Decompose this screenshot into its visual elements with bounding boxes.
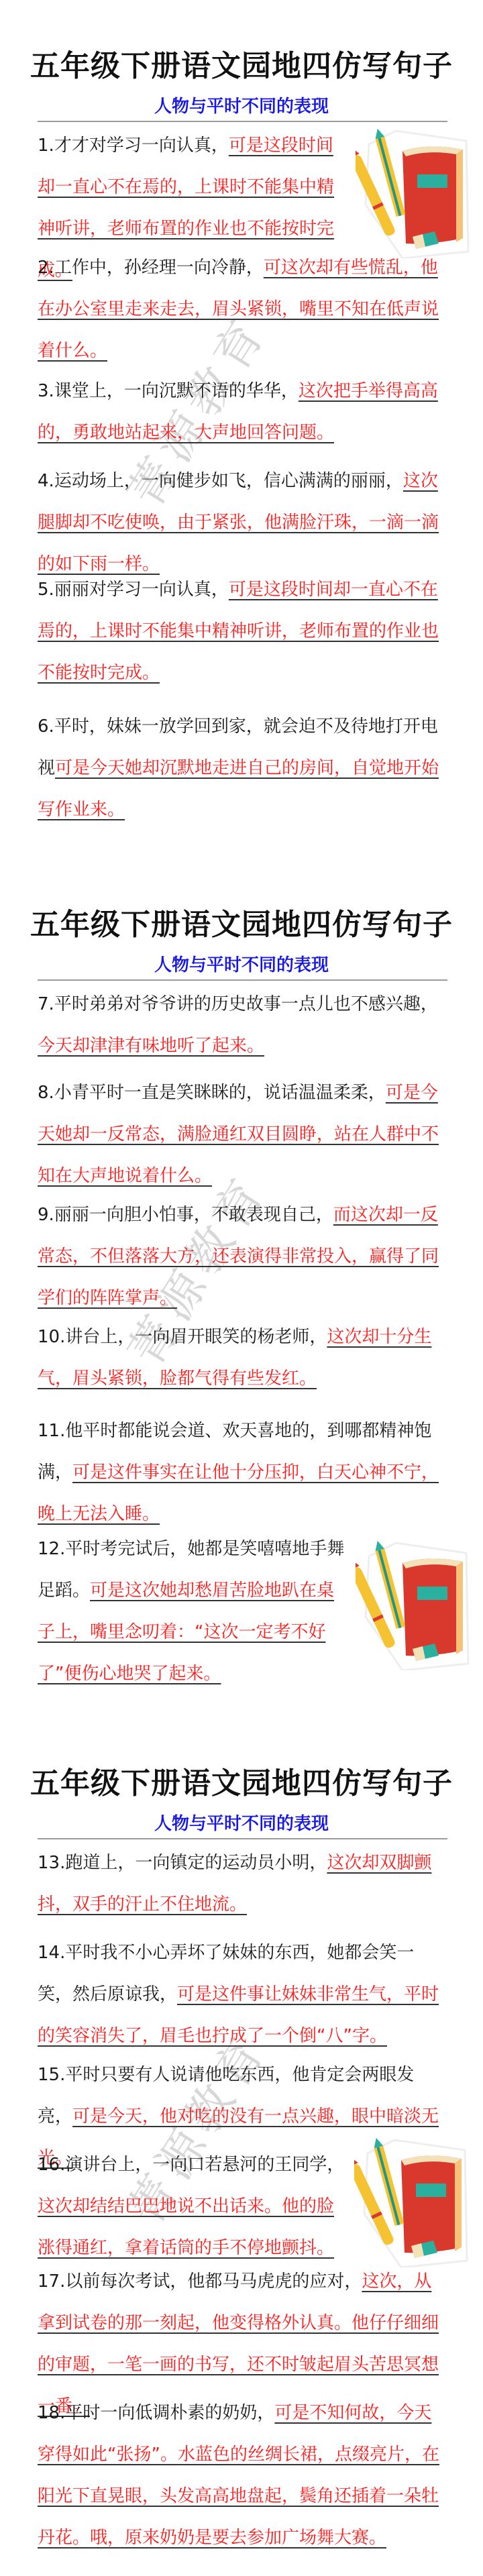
item-highlight-text: 今天却津津有味地听了起来。 [38, 1036, 264, 1056]
page-subtitle: 人物与平时不同的表现 [0, 1810, 483, 1835]
sentence-item: 5.丽丽对学习一向认真，可是这段时间却一直心不在焉的，上课时不能集中精神听讲，老… [38, 569, 447, 694]
item-plain-text: 讲台上，一向眉开眼笑的杨老师， [65, 1327, 327, 1347]
item-highlight-text: 可是今天她却沉默地走进自己的房间，自觉地开始写作业来。 [38, 758, 439, 820]
item-number: 10. [38, 1327, 65, 1347]
sentence-item: 9.丽丽一向胆小怕事，不敢表现自己，而这次却一反常态，不但落落大方，还表演得非常… [38, 1194, 447, 1319]
item-number: 15. [38, 2065, 65, 2085]
item-plain-text: 丽丽一向胆小怕事，不敢表现自己， [54, 1205, 333, 1225]
item-plain-text: 才才对学习一向认真， [54, 136, 229, 156]
item-number: 16. [38, 2155, 65, 2175]
item-number: 8. [38, 1083, 54, 1103]
page-subtitle: 人物与平时不同的表现 [0, 93, 483, 117]
item-number: 6. [38, 716, 54, 737]
item-plain-text: 平时一向低调朴素的奶奶， [65, 2403, 274, 2423]
item-plain-text: 跑道上，一向镇定的运动员小明， [65, 1853, 327, 1873]
sentence-item: 13.跑道上，一向镇定的运动员小明，这次却双脚颤抖，双手的汗止不住地流。 [38, 1842, 447, 1925]
item-plain-text: 课堂上，一向沉默不语的华华， [54, 381, 299, 401]
page-title: 五年级下册语文园地四仿写句子 [0, 42, 483, 85]
item-highlight-text: 这次却结结巴巴地说不出话来。他的脸涨得通红，拿着话筒的手不停地颤抖。 [38, 2196, 334, 2258]
item-number: 14. [38, 1943, 65, 1963]
item-number: 3. [38, 381, 54, 401]
sentence-item: 18.平时一向低调朴素的奶奶，可是不知何故，今天穿得如此“张扬”。水蓝色的丝绸长… [38, 2392, 447, 2559]
item-plain-text: 工作中，孙经理一向冷静， [54, 258, 264, 278]
book-pencil-illustration [356, 124, 470, 258]
divider [38, 979, 447, 981]
divider [38, 1838, 447, 1839]
item-number: 7. [38, 994, 54, 1014]
sentence-item: 7.平时弟弟对爷爷讲的历史故事一点儿也不感兴趣，今天却津津有味地听了起来。 [38, 983, 447, 1067]
sentence-item: 4.运动场上，一向健步如飞，信心满满的丽丽，这次腿脚却不吃使唤，由于紧张，他满脸… [38, 460, 447, 585]
page-subtitle: 人物与平时不同的表现 [0, 951, 483, 976]
page-title: 五年级下册语文园地四仿写句子 [0, 900, 483, 943]
item-number: 13. [38, 1853, 65, 1873]
item-highlight-text: 可是这件事实在让他十分压抑，白天心神不宁，晚上无法入睡。 [38, 1462, 439, 1524]
item-number: 1. [38, 136, 54, 156]
sentence-item: 14.平时我不小心弄坏了妹妹的东西，她都会笑一笑，然后原谅我，可是这件事让妹妹非… [38, 1932, 447, 2057]
item-number: 9. [38, 1205, 54, 1225]
item-plain-text: 平时弟弟对爷爷讲的历史故事一点儿也不感兴趣， [54, 994, 438, 1014]
item-highlight-text: 可是不知何故，今天穿得如此“张扬”。水蓝色的丝绸长裙，点缀亮片，在阳光下直晃眼，… [38, 2403, 439, 2548]
item-plain-text: 运动场上，一向健步如飞，信心满满的丽丽， [54, 471, 403, 491]
sentence-item: 3.课堂上，一向沉默不语的华华，这次把手举得高高的，勇敢地站起来，大声地回答问题… [38, 370, 447, 453]
sentence-item: 2.工作中，孙经理一向冷静，可这次却有些慌乱，他在办公室里走来走去，眉头紧锁，嘴… [38, 247, 447, 372]
item-plain-text: 小青平时一直是笑眯眯的，说话温温柔柔， [54, 1083, 386, 1103]
item-number: 17. [38, 2271, 65, 2292]
book-pencil-illustration [356, 1536, 470, 1670]
sentence-item: 6.平时，妹妹一放学回到家，就会迫不及待地打开电视可是今天她却沉默地走进自己的房… [38, 706, 447, 830]
sentence-item: 12.平时考完试后，她都是笑嘻嘻地手舞足蹈。可是这次她却愁眉苦脸地趴在桌子上，嘴… [38, 1528, 350, 1695]
item-plain-text: 丽丽对学习一向认真， [54, 580, 229, 600]
sentence-item: 11.他平时都能说会道、欢天喜地的，到哪都精神饱满，可是这件事实在让他十分压抑，… [38, 1410, 447, 1535]
item-plain-text: 演讲台上，一向口若悬河的王同学， [65, 2155, 344, 2175]
item-plain-text: 以前每次考试，他都马马虎虎的应对， [65, 2271, 362, 2292]
sentence-item: 16.演讲台上，一向口若悬河的王同学，这次却结结巴巴地说不出话来。他的脸涨得通红… [38, 2144, 350, 2269]
divider [38, 121, 447, 122]
book-pencil-illustration [354, 2133, 468, 2267]
item-number: 12. [38, 1539, 65, 1559]
item-number: 18. [38, 2403, 65, 2423]
item-number: 5. [38, 580, 54, 600]
item-number: 11. [38, 1421, 65, 1441]
item-number: 2. [38, 258, 54, 278]
item-number: 4. [38, 471, 54, 491]
page-title: 五年级下册语文园地四仿写句子 [0, 1759, 483, 1802]
sentence-item: 8.小青平时一直是笑眯眯的，说话温温柔柔，可是今天她却一反常态，满脸通红双目圆睁… [38, 1072, 447, 1197]
sentence-item: 10.讲台上，一向眉开眼笑的杨老师，这次却十分生气，眉头紧锁，脸都气得有些发红。 [38, 1316, 447, 1399]
